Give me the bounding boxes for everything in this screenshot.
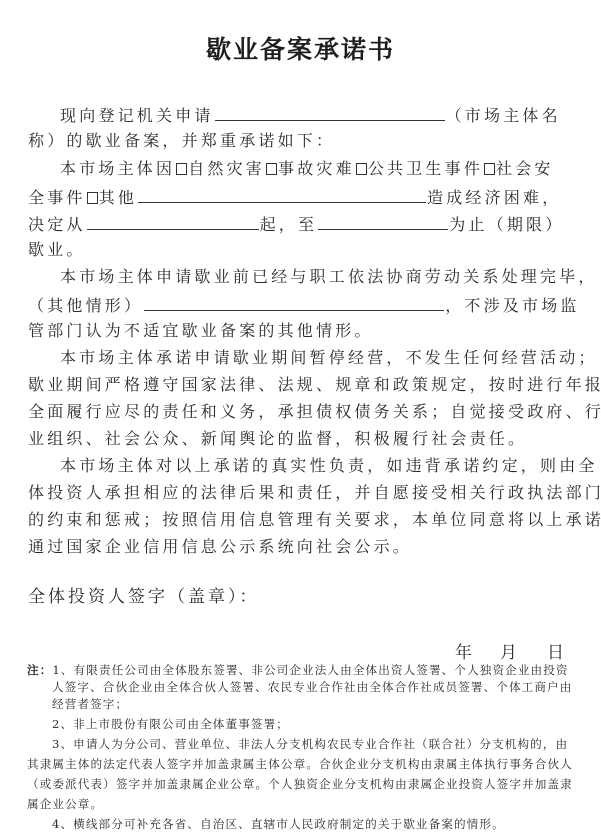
para2-line4: 歇业。	[28, 240, 86, 260]
date-year-label: 年	[455, 638, 472, 663]
para4-line3: 全面履行应尽的责任和义务，承担债权债务关系；自觉接受政府、行	[28, 402, 601, 422]
notes-prefix: 注：	[27, 663, 52, 677]
para3-line1: 本市场主体申请歇业前已经与职工依法协商劳动关系处理完毕，	[60, 267, 598, 287]
option-label: 公共卫生事件	[368, 159, 483, 178]
option-label: 社会安	[496, 159, 554, 178]
checkbox-accident-disaster[interactable]	[266, 163, 277, 175]
note-2: 2、非上市股份有限公司由全体董事签署；	[52, 716, 289, 732]
para3-line2: （其他情形），不涉及市场监	[28, 294, 580, 316]
text: （其他情形）	[28, 296, 143, 315]
signature-label: 全体投资人签字（盖章）：	[28, 582, 260, 607]
document-title: 歇业备案承诺书	[0, 30, 601, 66]
other-reason-blank[interactable]	[138, 186, 426, 203]
para4-line1: 本市场主体承诺申请歇业期间暂停经营，不发生任何经营活动；	[60, 348, 598, 368]
date-month-label: 月	[500, 638, 517, 663]
option-label: 事故灾难	[278, 159, 355, 178]
para5-line2: 体投资人承担相应的法律后果和责任，并自愿接受相关行政执法部门	[28, 483, 601, 503]
note-4: 4、横线部分可补充各省、自治区、直辖市人民政府制定的关于歇业备案的情形。	[52, 816, 505, 832]
note-3-line3: （或委派代表）签字并加盖隶属企业公章。个人独资企业分支机构由隶属企业投资人签字并…	[27, 776, 573, 792]
note-1-line2: 人签字、合伙企业由全体合伙人签署、农民专业合作社由全体合作社成员签署、个体工商户…	[52, 679, 572, 695]
para5-line4: 通过国家企业信用信息公示系统向社会公示。	[28, 537, 412, 557]
text: 全事件	[28, 188, 86, 207]
para5-line1: 本市场主体对以上承诺的真实性负责，如违背承诺约定，则由全	[60, 456, 598, 476]
text: 造成经济困难，	[427, 188, 561, 207]
checkbox-natural-disaster[interactable]	[176, 163, 187, 175]
date-day-label: 日	[547, 638, 564, 663]
para2-line3: 决定从起，至为止（期限）	[28, 213, 564, 235]
para2-line2: 全事件其他造成经济困难，	[28, 186, 561, 208]
text: 现向登记机关申请	[60, 106, 214, 125]
checkbox-public-health-event[interactable]	[356, 163, 367, 175]
text: ，不涉及市场监	[445, 296, 579, 315]
para1-line2: 称）的歇业备案，并郑重承诺如下：	[28, 131, 335, 151]
note-3-line2: 其隶属主体的法定代表人签字并加盖隶属主体公章。合伙企业分支机构由隶属主体执行事务…	[27, 756, 573, 772]
para4-line2: 歇业期间严格遵守国家法律、法规、规章和政策规定，按时进行年报，	[28, 375, 601, 395]
market-entity-name-blank[interactable]	[215, 104, 445, 121]
text: 决定从	[28, 215, 86, 234]
note-3-line1: 3、申请人为分公司、营业单位、非法人分支机构农民专业合作社（联合社）分支机构的，…	[52, 736, 568, 752]
text: 为止（期限）	[449, 215, 564, 234]
checkbox-social-security-event[interactable]	[484, 163, 495, 175]
text: 本市场主体因	[60, 159, 175, 178]
checkbox-other[interactable]	[87, 192, 98, 204]
note-1-line1: 注：1、有限责任公司由全体股东签署、非公司企业法人由全体出资人签署、个人独资企业…	[27, 662, 569, 678]
text: 起，至	[260, 215, 318, 234]
text: 1、有限责任公司由全体股东签署、非公司企业法人由全体出资人签署、个人独资企业由投…	[52, 663, 568, 677]
para1-line1: 现向登记机关申请（市场主体名	[60, 104, 561, 126]
para4-line4: 业组织、社会公众、新闻舆论的监督，积极履行社会责任。	[28, 429, 527, 449]
other-circumstances-blank[interactable]	[144, 294, 444, 311]
para5-line3: 的约束和惩戒；按照信用信息管理有关要求，本单位同意将以上承诺	[28, 510, 601, 530]
text: （市场主体名	[446, 106, 561, 125]
end-date-blank[interactable]	[318, 213, 448, 230]
note-1-line3: 经营者签字；	[52, 696, 128, 712]
note-3-line4: 属企业公章。	[27, 796, 103, 812]
option-label: 自然灾害	[188, 159, 265, 178]
para2-line1: 本市场主体因自然灾害事故灾难公共卫生事件社会安	[60, 159, 554, 179]
para3-line3: 管部门认为不适宜歇业备案的其他情形。	[28, 321, 374, 341]
start-date-blank[interactable]	[87, 213, 259, 230]
option-label: 其他	[99, 188, 137, 207]
